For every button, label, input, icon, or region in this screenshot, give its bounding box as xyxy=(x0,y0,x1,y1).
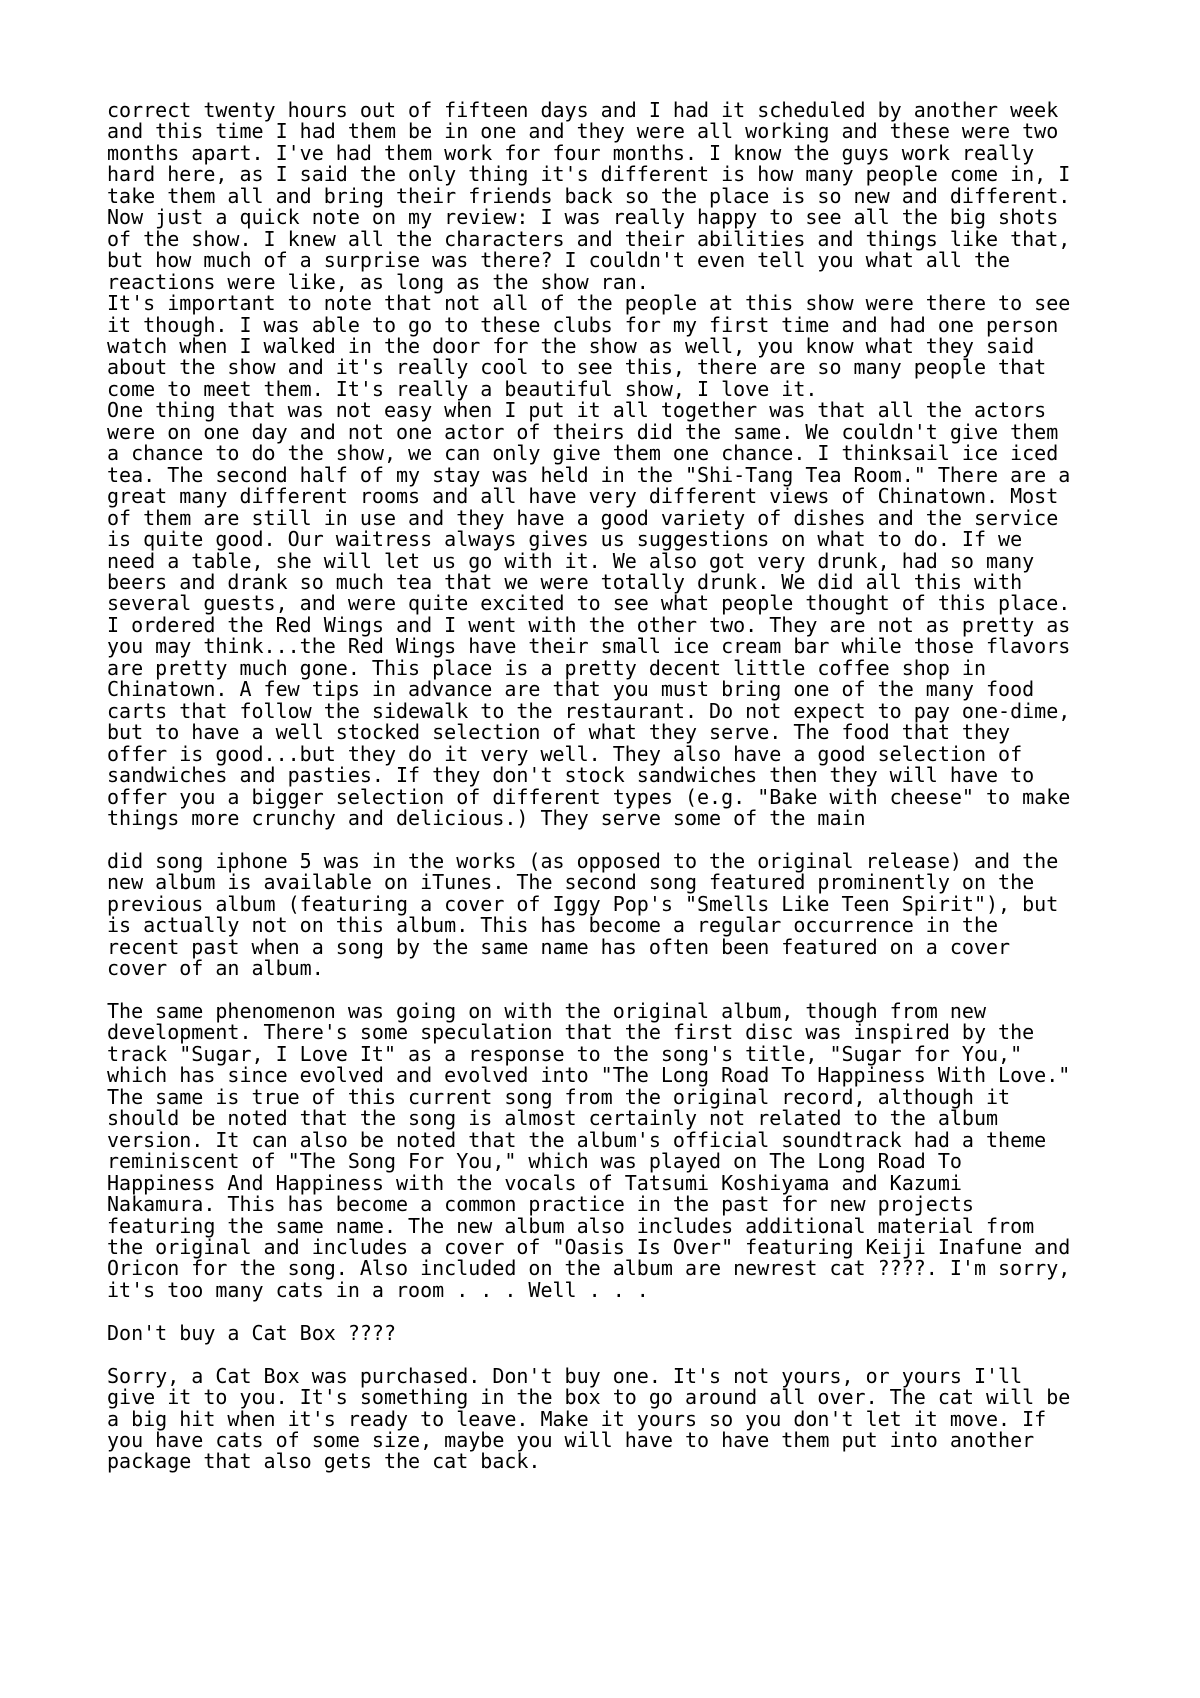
paragraph-cat-box-body: Sorry, a Cat Box was purchased. Don't bu… xyxy=(107,1366,1082,1473)
paragraph-album-phenomenon: The same phenomenon was going on with th… xyxy=(107,1001,1082,1301)
paragraph-review: correct twenty hours out of fifteen days… xyxy=(107,100,1082,829)
paragraph-cat-box-heading: Don't buy a Cat Box ???? xyxy=(107,1323,1082,1344)
paragraph-song-iphone: did song iphone 5 was in the works (as o… xyxy=(107,851,1082,980)
text-document-page: correct twenty hours out of fifteen days… xyxy=(0,0,1200,1698)
document-body: correct twenty hours out of fifteen days… xyxy=(107,100,1082,1473)
